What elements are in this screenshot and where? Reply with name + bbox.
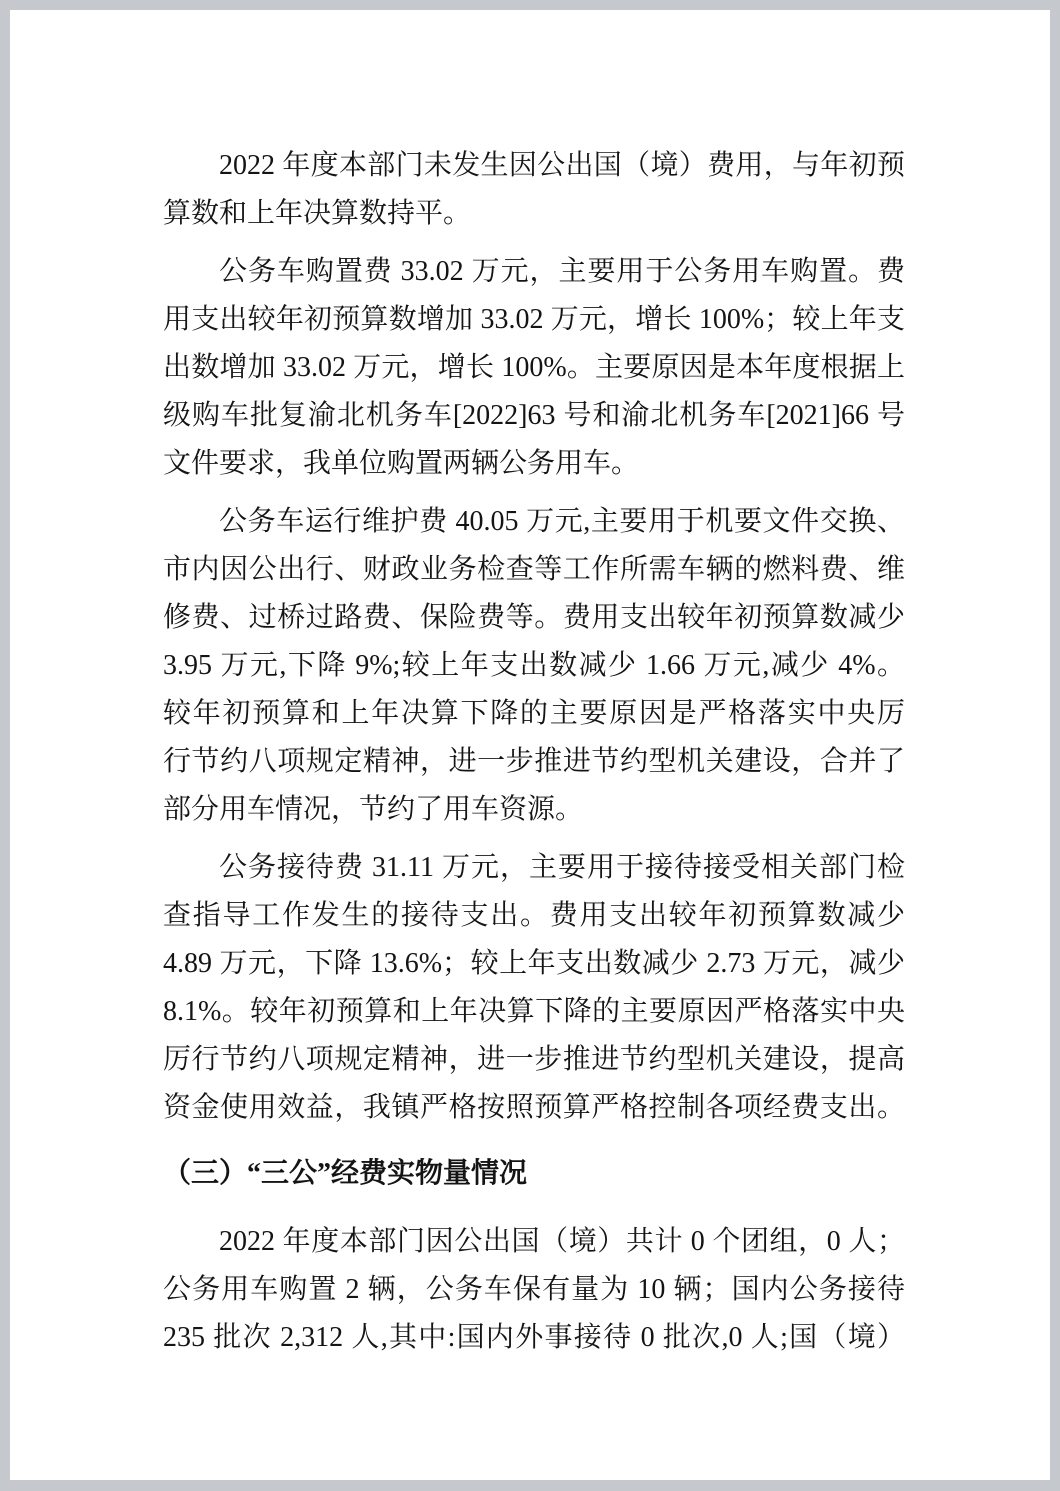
vehicle-maintenance-paragraph: 公务车运行维护费 40.05 万元,主要用于机要文件交换、 市内因公出行、财政业…: [163, 498, 905, 834]
page-frame: 2022 年度本部门未发生因公出国（境）费用，与年初预 算数和上年决算数持平。 …: [0, 0, 1060, 1491]
text-line: 235 批次 2,312 人,其中:国内外事接待 0 批次,0 人;国（境）: [163, 1314, 905, 1362]
physical-quantity-paragraph: 2022 年度本部门因公出国（境）共计 0 个团组，0 人； 公务用车购置 2 …: [163, 1218, 905, 1362]
text-line: 资金使用效益，我镇严格按照预算严格控制各项经费支出。: [163, 1084, 905, 1132]
text-line: 修费、过桥过路费、保险费等。费用支出较年初预算数减少: [163, 594, 905, 642]
section-heading: （三）“三公”经费实物量情况: [163, 1150, 905, 1198]
text-line: 用支出较年初预算数增加 33.02 万元，增长 100%；较上年支: [163, 296, 905, 344]
text-line: 4.89 万元，下降 13.6%；较上年支出数减少 2.73 万元，减少: [163, 940, 905, 988]
text-line: 公务车购置费 33.02 万元，主要用于公务用车购置。费: [163, 248, 905, 296]
text-line: 8.1%。较年初预算和上年决算下降的主要原因严格落实中央: [163, 988, 905, 1036]
text-line: 行节约八项规定精神，进一步推进节约型机关建设，合并了: [163, 738, 905, 786]
abroad-expense-paragraph: 2022 年度本部门未发生因公出国（境）费用，与年初预 算数和上年决算数持平。: [163, 142, 905, 238]
text-line: 2022 年度本部门因公出国（境）共计 0 个团组，0 人；: [163, 1218, 905, 1266]
text-line: 部分用车情况，节约了用车资源。: [163, 786, 905, 834]
text-line: 算数和上年决算数持平。: [163, 190, 905, 238]
official-reception-paragraph: 公务接待费 31.11 万元，主要用于接待接受相关部门检 查指导工作发生的接待支…: [163, 844, 905, 1132]
vehicle-purchase-paragraph: 公务车购置费 33.02 万元，主要用于公务用车购置。费 用支出较年初预算数增加…: [163, 248, 905, 488]
text-line: 文件要求，我单位购置两辆公务用车。: [163, 440, 905, 488]
text-line: 公务用车购置 2 辆，公务车保有量为 10 辆；国内公务接待: [163, 1266, 905, 1314]
text-line: 公务车运行维护费 40.05 万元,主要用于机要文件交换、: [163, 498, 905, 546]
text-line: 厉行节约八项规定精神，进一步推进节约型机关建设，提高: [163, 1036, 905, 1084]
text-line: 公务接待费 31.11 万元，主要用于接待接受相关部门检: [163, 844, 905, 892]
document-content: 2022 年度本部门未发生因公出国（境）费用，与年初预 算数和上年决算数持平。 …: [163, 142, 905, 1362]
text-line: 3.95 万元,下降 9%;较上年支出数减少 1.66 万元,减少 4%。: [163, 642, 905, 690]
section-heading-text: （三）“三公”经费实物量情况: [163, 1150, 905, 1198]
document-page: 2022 年度本部门未发生因公出国（境）费用，与年初预 算数和上年决算数持平。 …: [10, 10, 1050, 1480]
text-line: 市内因公出行、财政业务检查等工作所需车辆的燃料费、维: [163, 546, 905, 594]
text-line: 级购车批复渝北机务车[2022]63 号和渝北机务车[2021]66 号: [163, 392, 905, 440]
text-line: 2022 年度本部门未发生因公出国（境）费用，与年初预: [163, 142, 905, 190]
text-line: 较年初预算和上年决算下降的主要原因是严格落实中央厉: [163, 690, 905, 738]
text-line: 出数增加 33.02 万元，增长 100%。主要原因是本年度根据上: [163, 344, 905, 392]
text-line: 查指导工作发生的接待支出。费用支出较年初预算数减少: [163, 892, 905, 940]
